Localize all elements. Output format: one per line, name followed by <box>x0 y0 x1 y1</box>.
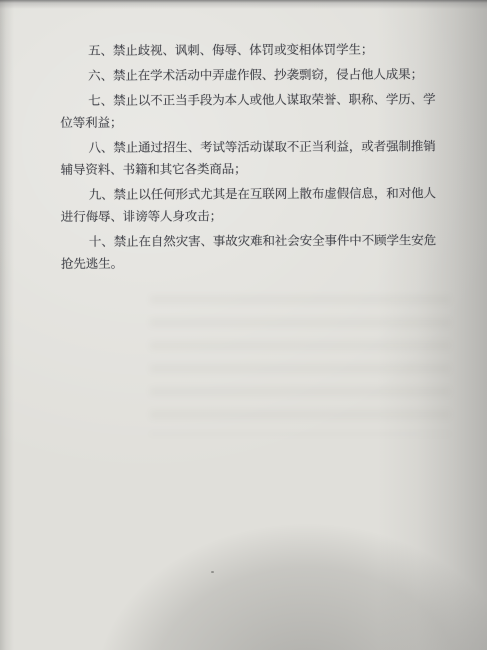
document-line: 九、禁止以任何形式尤其是在互联网上散布虚假信息，和对他人 <box>61 182 443 206</box>
document-line: 位等利益； <box>60 110 442 134</box>
rule-item-6: 六、禁止在学术活动中弄虚作假、抄袭剽窃，侵占他人成果； <box>60 63 442 87</box>
rule-item-7: 七、禁止以不正当手段为本人或他人谋取荣誉、职称、学历、学 位等利益； <box>60 88 442 134</box>
photographed-document-page: 五、禁止歧视、讽刺、侮辱、体罚或变相体罚学生； 六、禁止在学术活动中弄虚作假、抄… <box>0 0 487 650</box>
reverse-side-bleed-through <box>150 295 450 435</box>
document-line: 六、禁止在学术活动中弄虚作假、抄袭剽窃，侵占他人成果； <box>60 63 442 87</box>
document-line: 进行侮辱、诽谤等人身攻击； <box>61 204 443 228</box>
rule-item-9: 九、禁止以任何形式尤其是在互联网上散布虚假信息，和对他人 进行侮辱、诽谤等人身攻… <box>61 182 443 228</box>
document-line: 抢先逃生。 <box>61 251 443 275</box>
document-line: 辅导资料、书籍和其它各类商品； <box>61 157 443 181</box>
rule-item-10: 十、禁止在自然灾害、事故灾难和社会安全事件中不顾学生安危 抢先逃生。 <box>61 229 443 275</box>
rule-item-5: 五、禁止歧视、讽刺、侮辱、体罚或变相体罚学生； <box>60 38 442 62</box>
rule-item-8: 八、禁止通过招生、考试等活动谋取不正当利益，或者强制推销 辅导资料、书籍和其它各… <box>60 135 442 181</box>
document-line: 七、禁止以不正当手段为本人或他人谋取荣誉、职称、学历、学 <box>60 88 442 112</box>
document-line: 五、禁止歧视、讽刺、侮辱、体罚或变相体罚学生； <box>60 38 442 62</box>
document-line: 十、禁止在自然灾害、事故灾难和社会安全事件中不顾学生安危 <box>61 229 443 253</box>
ink-speck <box>211 571 214 573</box>
document-line: 八、禁止通过招生、考试等活动谋取不正当利益，或者强制推销 <box>60 135 442 159</box>
document-text: 五、禁止歧视、讽刺、侮辱、体罚或变相体罚学生； 六、禁止在学术活动中弄虚作假、抄… <box>60 38 443 278</box>
